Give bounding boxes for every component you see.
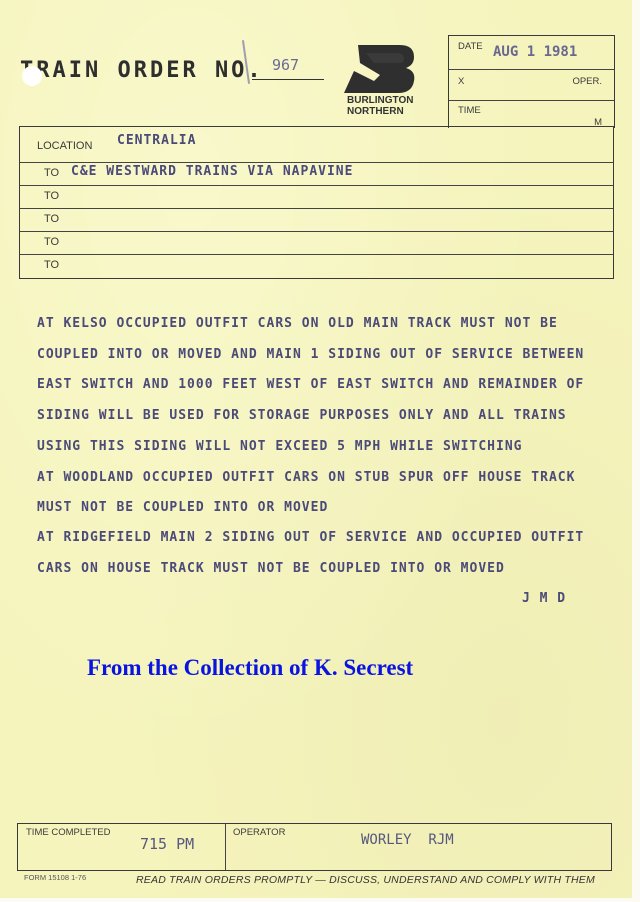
order-line: AT KELSO OCCUPIED OUTFIT CARS ON OLD MAI… — [37, 316, 558, 331]
completion-box: TIME COMPLETED 715 PM OPERATOR WORLEY RJ… — [17, 823, 612, 871]
order-line: MUST NOT BE COUPLED INTO OR MOVED — [37, 500, 328, 515]
operator-label: OPERATOR — [233, 827, 285, 838]
to-label: TO — [44, 213, 59, 225]
location-label: LOCATION — [37, 140, 92, 152]
to-row: TO — [20, 231, 613, 255]
date-label: DATE — [458, 41, 483, 52]
order-line: COUPLED INTO OR MOVED AND MAIN 1 SIDING … — [37, 347, 584, 362]
order-line: AT WOODLAND OCCUPIED OUTFIT CARS ON STUB… — [37, 470, 575, 485]
footer-message: READ TRAIN ORDERS PROMPTLY — DISCUSS, UN… — [136, 874, 595, 886]
train-order-form: TRAIN ORDER NO. 967 BURLINGTON NORTHERN … — [0, 0, 632, 898]
time-completed-value: 715 PM — [140, 835, 194, 853]
order-number: 967 — [272, 56, 299, 74]
location-row: LOCATION CENTRALIA — [20, 127, 613, 163]
completion-divider — [225, 824, 226, 870]
address-box: LOCATION CENTRALIA TO C&E WESTWARD TRAIN… — [19, 126, 614, 279]
form-title: TRAIN ORDER NO. — [20, 58, 264, 83]
order-line: USING THIS SIDING WILL NOT EXCEED 5 MPH … — [37, 439, 522, 454]
form-number: FORM 15108 1-76 — [24, 873, 86, 882]
scan-edge-right — [632, 0, 640, 902]
time-completed-label: TIME COMPLETED — [26, 827, 110, 838]
collection-credit: From the Collection of K. Secrest — [87, 655, 413, 681]
order-line: EAST SWITCH AND 1000 FEET WEST OF EAST S… — [37, 377, 584, 392]
operator-value: WORLEY RJM — [361, 832, 454, 848]
order-line: CARS ON HOUSE TRACK MUST NOT BE COUPLED … — [37, 561, 505, 576]
time-row: TIME M — [449, 100, 614, 128]
to-value: C&E WESTWARD TRAINS VIA NAPAVINE — [71, 164, 353, 179]
to-row: TO — [20, 254, 613, 278]
date-box: DATE AUG 1 1981 X OPER. TIME M — [448, 35, 615, 128]
order-line: AT RIDGEFIELD MAIN 2 SIDING OUT OF SERVI… — [37, 530, 584, 545]
to-label: TO — [44, 236, 59, 248]
operator-row: X OPER. — [449, 69, 614, 101]
order-number-line — [252, 79, 324, 80]
date-value: AUG 1 1981 — [493, 44, 577, 60]
to-label: TO — [44, 190, 59, 202]
to-row: TO C&E WESTWARD TRAINS VIA NAPAVINE — [20, 162, 613, 186]
signature: J M D — [522, 591, 566, 606]
scan-edge-bottom — [0, 898, 640, 902]
to-row: TO — [20, 185, 613, 209]
order-line: SIDING WILL BE USED FOR STORAGE PURPOSES… — [37, 408, 567, 423]
time-label: TIME — [458, 105, 481, 116]
brand-line-1: BURLINGTON — [347, 95, 413, 106]
bn-logo-icon — [344, 45, 416, 93]
oper-label: OPER. — [572, 76, 602, 87]
date-row: DATE AUG 1 1981 — [449, 36, 614, 70]
brand-line-2: NORTHERN — [347, 106, 413, 117]
location-value: CENTRALIA — [117, 133, 196, 148]
to-label: TO — [44, 167, 59, 179]
to-row: TO — [20, 208, 613, 232]
to-label: TO — [44, 259, 59, 271]
punch-hole — [22, 66, 42, 86]
x-label: X — [458, 76, 464, 87]
brand-name: BURLINGTON NORTHERN — [347, 95, 413, 117]
